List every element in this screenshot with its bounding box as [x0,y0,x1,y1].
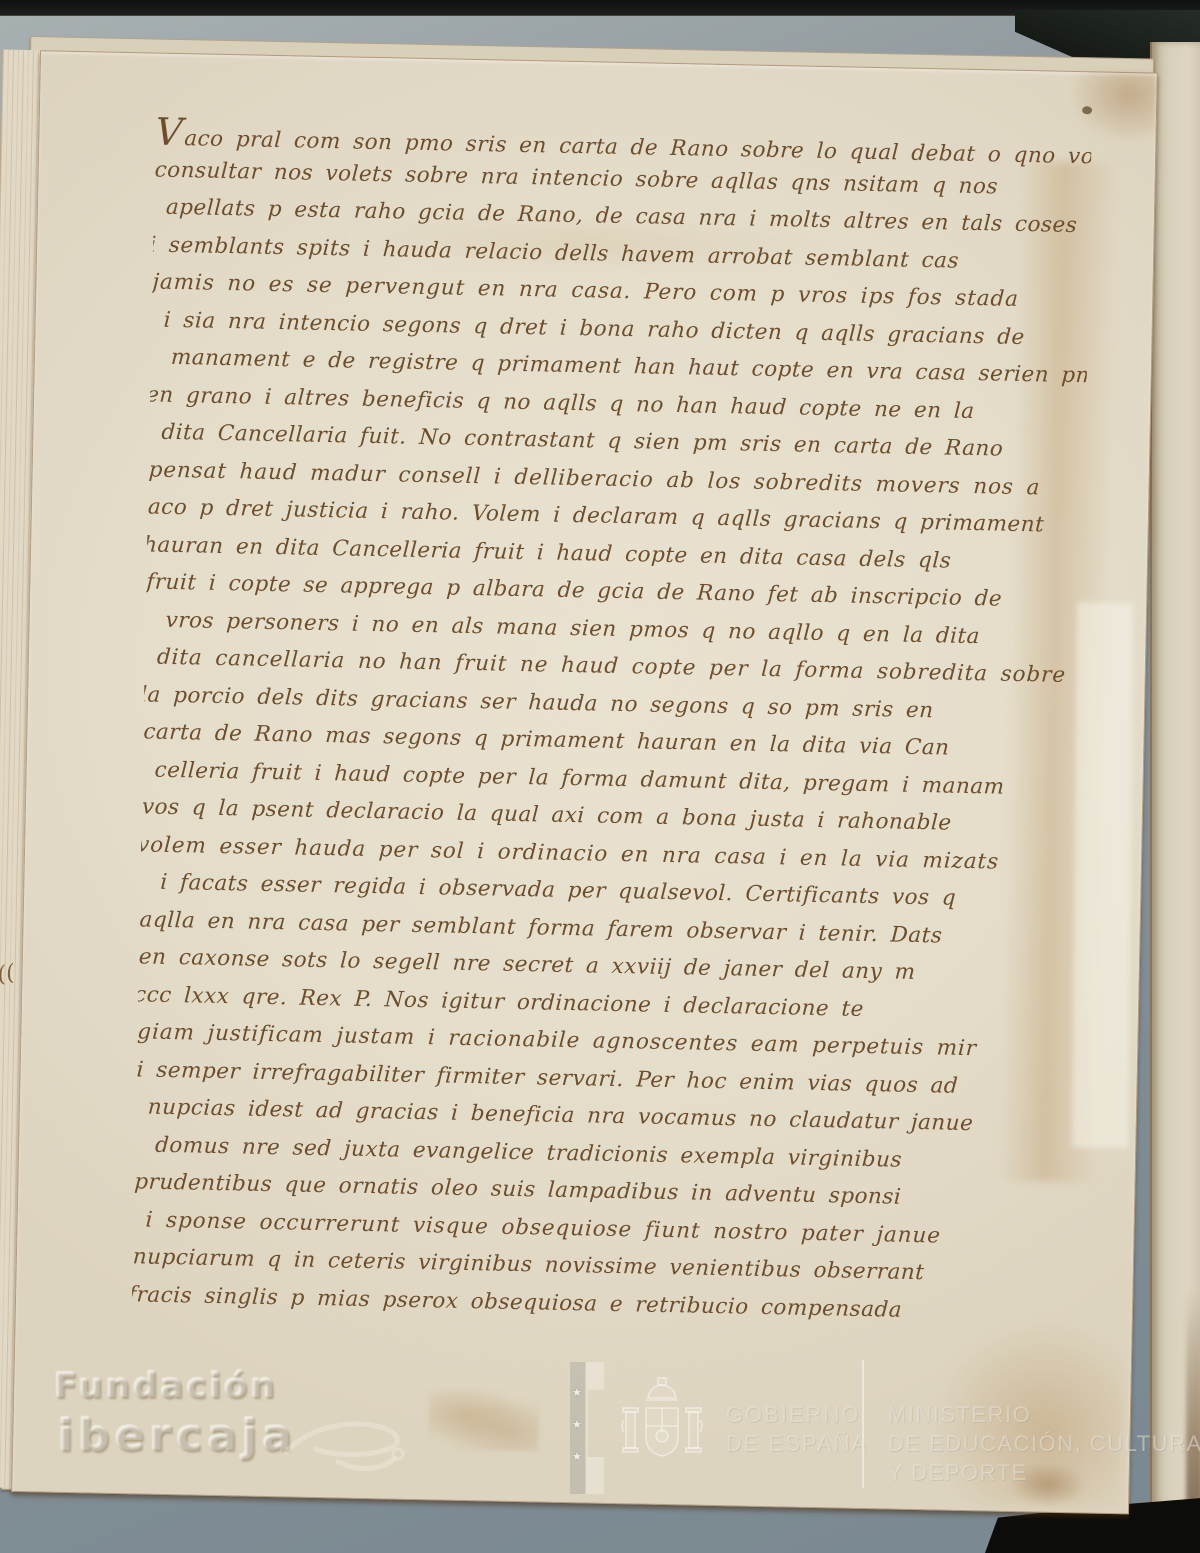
manuscript-page: Vaco pral com son pmo sris en carta de R… [11,50,1158,1514]
manuscript-page-group: Vaco pral com son pmo sris en carta de R… [0,33,1170,1526]
manuscript-text: Vaco pral com son pmo sris en carta de R… [131,114,1092,1383]
repair-patch [1072,602,1133,1148]
wormhole-mark [1082,106,1092,114]
paper-stain [428,1389,539,1451]
paper-stain [1007,1461,1088,1508]
photo-stage: Vaco pral com son pmo sris en carta de R… [0,0,1200,1553]
